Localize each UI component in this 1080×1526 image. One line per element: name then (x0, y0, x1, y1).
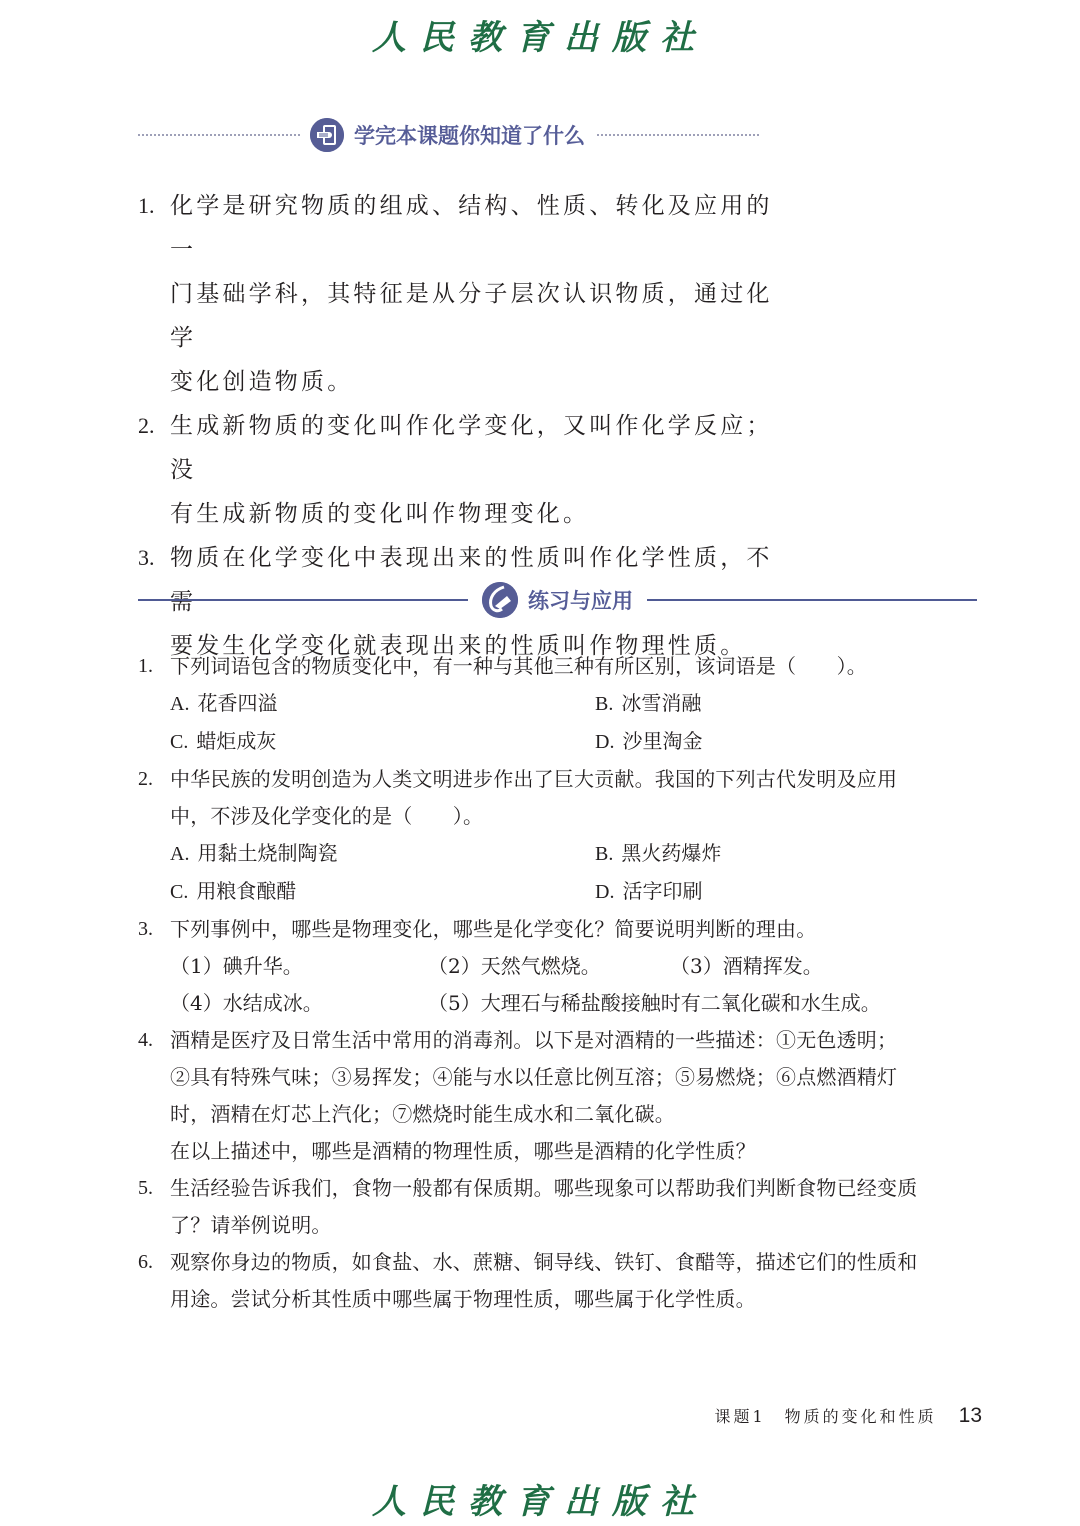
item-number: 1. (138, 184, 170, 404)
summary-line: 门基础学科，其特征是从分子层次认识物质，通过化学 (170, 272, 778, 360)
question-text: 生活经验告诉我们，食物一般都有保质期。哪些现象可以帮助我们判断食物已经变质 (170, 1170, 988, 1207)
question-3: 3. 下列事例中，哪些是物理变化，哪些是化学变化？简要说明判断的理由。 （1）碘… (138, 911, 988, 1022)
option-c: C.用粮食酿醋 (170, 873, 595, 911)
exercise-section-header: 练习与应用 (138, 582, 977, 618)
question-number: 1. (138, 648, 170, 761)
question-4: 4. 酒精是医疗及日常生活中常用的消毒剂。以下是对酒精的一些描述：①无色透明； … (138, 1022, 988, 1170)
summary-line: 有生成新物质的变化叫作物理变化。 (170, 492, 778, 536)
options: A.花香四溢 B.冰雪消融 C.蜡炬成灰 D.沙里淘金 (170, 685, 995, 761)
sub-item: （5）大理石与稀盐酸接触时有二氧化碳和水生成。 (428, 985, 881, 1022)
question-text: 中，不涉及化学变化的是（ ）。 (170, 798, 995, 835)
question-number: 3. (138, 911, 170, 1022)
sub-item: （3）酒精挥发。 (670, 948, 823, 985)
dotted-rule-left (138, 134, 300, 136)
exercise-list: 1. 下列词语包含的物质变化中，有一种与其他三种有所区别，该词语是（ ）。 A.… (138, 648, 988, 1318)
question-text: 中华民族的发明创造为人类文明进步作出了巨大贡献。我国的下列古代发明及应用 (170, 761, 995, 798)
publisher-watermark-bottom: 人民教育出版社 (0, 1474, 1080, 1523)
question-text: 在以上描述中，哪些是酒精的物理性质，哪些是酒精的化学性质？ (170, 1133, 988, 1170)
question-6: 6. 观察你身边的物质，如食盐、水、蔗糖、铜导线、铁钉、食醋等，描述它们的性质和… (138, 1244, 988, 1318)
question-text: 时，酒精在灯芯上汽化；⑦燃烧时能生成水和二氧化碳。 (170, 1096, 988, 1133)
item-number: 2. (138, 404, 170, 536)
question-number: 5. (138, 1170, 170, 1244)
summary-item: 2. 生成新物质的变化叫作化学变化，又叫作化学反应；没 有生成新物质的变化叫作物… (138, 404, 778, 536)
option-d: D.沙里淘金 (595, 723, 995, 761)
pencil-swirl-icon (482, 582, 518, 618)
option-d: D.活字印刷 (595, 873, 995, 911)
option-b: B.冰雪消融 (595, 685, 995, 723)
option-a: A.用黏土烧制陶瓷 (170, 835, 595, 873)
question-text: 用途。尝试分析其性质中哪些属于物理性质，哪些属于化学性质。 (170, 1281, 988, 1318)
sub-item: （2）天然气燃烧。 (428, 948, 670, 985)
summary-line: 化学是研究物质的组成、结构、性质、转化及应用的一 (170, 184, 778, 272)
option-c: C.蜡炬成灰 (170, 723, 595, 761)
exercise-section-title: 练习与应用 (528, 585, 633, 615)
solid-rule-left (138, 599, 468, 601)
question-text: ②具有特殊气味；③易挥发；④能与水以任意比例互溶；⑤易燃烧；⑥点燃酒精灯 (170, 1059, 988, 1096)
question-text: 下列事例中，哪些是物理变化，哪些是化学变化？简要说明判断的理由。 (170, 911, 988, 948)
summary-item: 1. 化学是研究物质的组成、结构、性质、转化及应用的一 门基础学科，其特征是从分… (138, 184, 778, 404)
options: A.用黏土烧制陶瓷 B.黑火药爆炸 C.用粮食酿醋 D.活字印刷 (170, 835, 995, 911)
question-text: 观察你身边的物质，如食盐、水、蔗糖、铜导线、铁钉、食醋等，描述它们的性质和 (170, 1244, 988, 1281)
question-number: 6. (138, 1244, 170, 1318)
page-number: 13 (959, 1404, 982, 1428)
summary-line: 变化创造物质。 (170, 360, 778, 404)
summary-line: 生成新物质的变化叫作化学变化，又叫作化学反应；没 (170, 404, 778, 492)
question-text: 酒精是医疗及日常生活中常用的消毒剂。以下是对酒精的一些描述：①无色透明； (170, 1022, 988, 1059)
reading-hand-icon (310, 118, 344, 152)
question-1: 1. 下列词语包含的物质变化中，有一种与其他三种有所区别，该词语是（ ）。 A.… (138, 648, 988, 761)
question-2: 2. 中华民族的发明创造为人类文明进步作出了巨大贡献。我国的下列古代发明及应用 … (138, 761, 988, 911)
solid-rule-right (647, 599, 977, 601)
option-b: B.黑火药爆炸 (595, 835, 995, 873)
sub-item: （1）碘升华。 (170, 948, 428, 985)
question-number: 2. (138, 761, 170, 911)
question-5: 5. 生活经验告诉我们，食物一般都有保质期。哪些现象可以帮助我们判断食物已经变质… (138, 1170, 988, 1244)
question-number: 4. (138, 1022, 170, 1170)
question-text: 下列词语包含的物质变化中，有一种与其他三种有所区别，该词语是（ ）。 (170, 648, 995, 685)
dotted-rule-right (597, 134, 759, 136)
lesson-title: 课题1 物质的变化和性质 (714, 1404, 936, 1427)
publisher-watermark-top: 人民教育出版社 (0, 10, 1080, 59)
sub-item: （4）水结成冰。 (170, 985, 428, 1022)
option-a: A.花香四溢 (170, 685, 595, 723)
summary-section-header: 学完本课题你知道了什么 (138, 118, 759, 152)
summary-section-title: 学完本课题你知道了什么 (354, 120, 585, 150)
question-text: 了？请举例说明。 (170, 1207, 988, 1244)
page-footer: 课题1 物质的变化和性质 13 (714, 1404, 982, 1428)
